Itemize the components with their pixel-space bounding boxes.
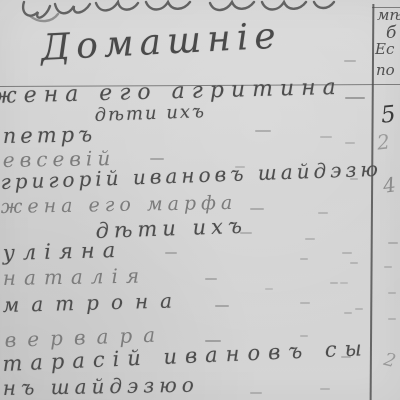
register-entry-line: матрона xyxy=(2,288,184,317)
column-divider-rule xyxy=(370,4,375,400)
column-header-fragment: мѣ xyxy=(377,6,400,24)
stray-dash-mark xyxy=(240,232,252,234)
count-numeral: 4 xyxy=(381,172,397,198)
register-entry-line: наталія xyxy=(3,263,148,290)
register-entry-line: петръ xyxy=(3,122,97,148)
register-entry-line: жена его марфа xyxy=(1,192,238,218)
register-entry-line: нъ шайдэзюо xyxy=(3,373,199,400)
stray-dash-mark xyxy=(300,302,310,304)
stray-dash-mark xyxy=(342,252,352,254)
stray-dash-mark xyxy=(388,242,398,244)
register-entry-line: уліяна xyxy=(2,238,123,265)
stray-dash-mark xyxy=(305,238,315,240)
stray-dash-mark xyxy=(344,312,352,314)
stray-dash-mark xyxy=(344,60,356,62)
column-header-fragment: Ес xyxy=(375,40,394,58)
stray-dash-mark xyxy=(300,258,308,260)
column-header-fragment: по xyxy=(376,61,395,79)
stray-dash-mark xyxy=(345,97,365,99)
stray-dash-mark xyxy=(320,388,330,390)
stray-dash-mark xyxy=(235,166,245,168)
stray-dash-mark xyxy=(318,212,328,214)
stray-dash-mark xyxy=(250,392,262,394)
stray-dash-mark xyxy=(355,308,363,310)
stray-dash-mark xyxy=(340,282,348,284)
register-entry-line: дѣти ихъ xyxy=(94,101,206,126)
stray-dash-mark xyxy=(320,136,332,138)
stray-dash-mark xyxy=(255,130,271,132)
stray-dash-mark xyxy=(265,288,273,290)
stray-dash-mark xyxy=(388,292,396,294)
stray-dash-mark xyxy=(250,208,264,210)
stray-dash-mark xyxy=(350,262,358,264)
stray-dash-mark xyxy=(300,335,308,337)
count-numeral: 5 xyxy=(380,101,397,128)
count-numeral: 2 xyxy=(382,349,398,372)
stray-dash-mark xyxy=(150,158,164,160)
stray-dash-mark xyxy=(345,142,355,144)
scanned-register-page: Домашніе мѣ б Ес по жена его агритина дѣ… xyxy=(0,0,400,400)
stray-dash-mark xyxy=(341,356,351,358)
stray-dash-mark xyxy=(384,266,392,268)
stray-dash-mark xyxy=(330,282,338,284)
stray-dash-mark xyxy=(350,178,358,180)
stray-dash-mark xyxy=(205,340,221,342)
count-numeral: 2 xyxy=(376,129,391,154)
stray-dash-mark xyxy=(165,252,177,254)
stray-dash-mark xyxy=(215,305,229,307)
stray-dash-mark xyxy=(388,318,396,320)
stray-dash-mark xyxy=(205,278,217,280)
